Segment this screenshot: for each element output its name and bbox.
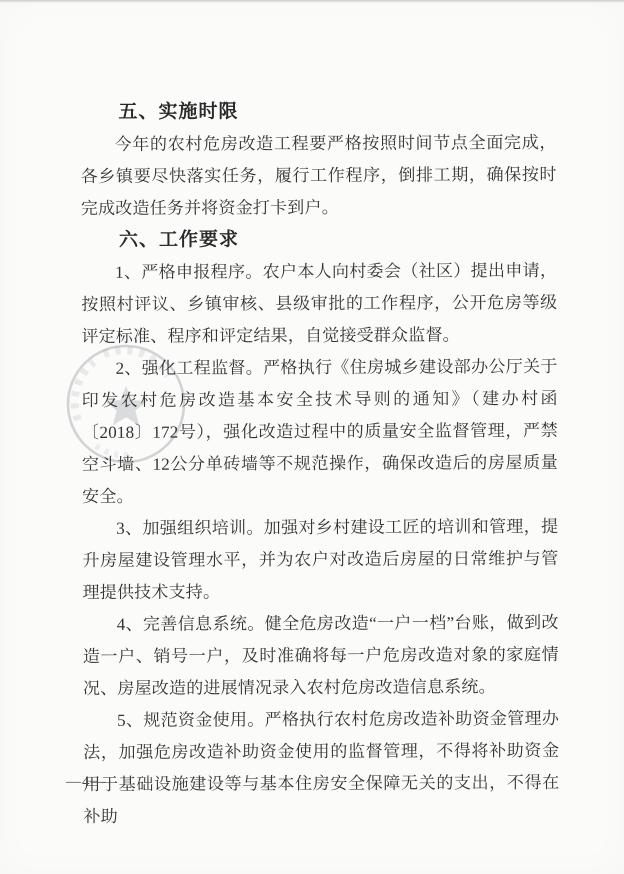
scan-edge-shadow bbox=[0, 0, 624, 3]
scanned-document-page: 五、实施时限 今年的农村危房改造工程要严格按照时间节点全面完成，各乡镇要尽快落实… bbox=[0, 0, 624, 874]
paragraph-training: 3、加强组织培训。加强对乡村建设工匠的培训和管理，提升房屋建设管理水平，并为农户… bbox=[82, 511, 558, 609]
paragraph-project-supervision: 2、强化工程监督。严格执行《住房城乡建设部办公厅关于印发农村危房改造基本安全技术… bbox=[82, 351, 559, 513]
section-heading-six: 六、工作要求 bbox=[81, 223, 557, 257]
paragraph-implementation-deadline: 今年的农村危房改造工程要严格按照时间节点全面完成，各乡镇要尽快落实任务，履行工作… bbox=[81, 127, 557, 225]
paragraph-fund-usage: 5、规范资金使用。严格执行农村危房改造补助资金管理办法，加强危房改造补助资金使用… bbox=[83, 703, 560, 833]
page-number: —4— bbox=[66, 772, 107, 792]
section-heading-five: 五、实施时限 bbox=[80, 95, 556, 129]
paragraph-application-procedure: 1、严格申报程序。农户本人向村委会（社区）提出申请，按照村评议、乡镇审核、县级审… bbox=[81, 255, 557, 353]
paragraph-information-system: 4、完善信息系统。健全危房改造“一户一档”台账，做到改造一户、销号一户，及时准确… bbox=[83, 607, 559, 705]
document-body: 五、实施时限 今年的农村危房改造工程要严格按照时间节点全面完成，各乡镇要尽快落实… bbox=[80, 95, 559, 833]
